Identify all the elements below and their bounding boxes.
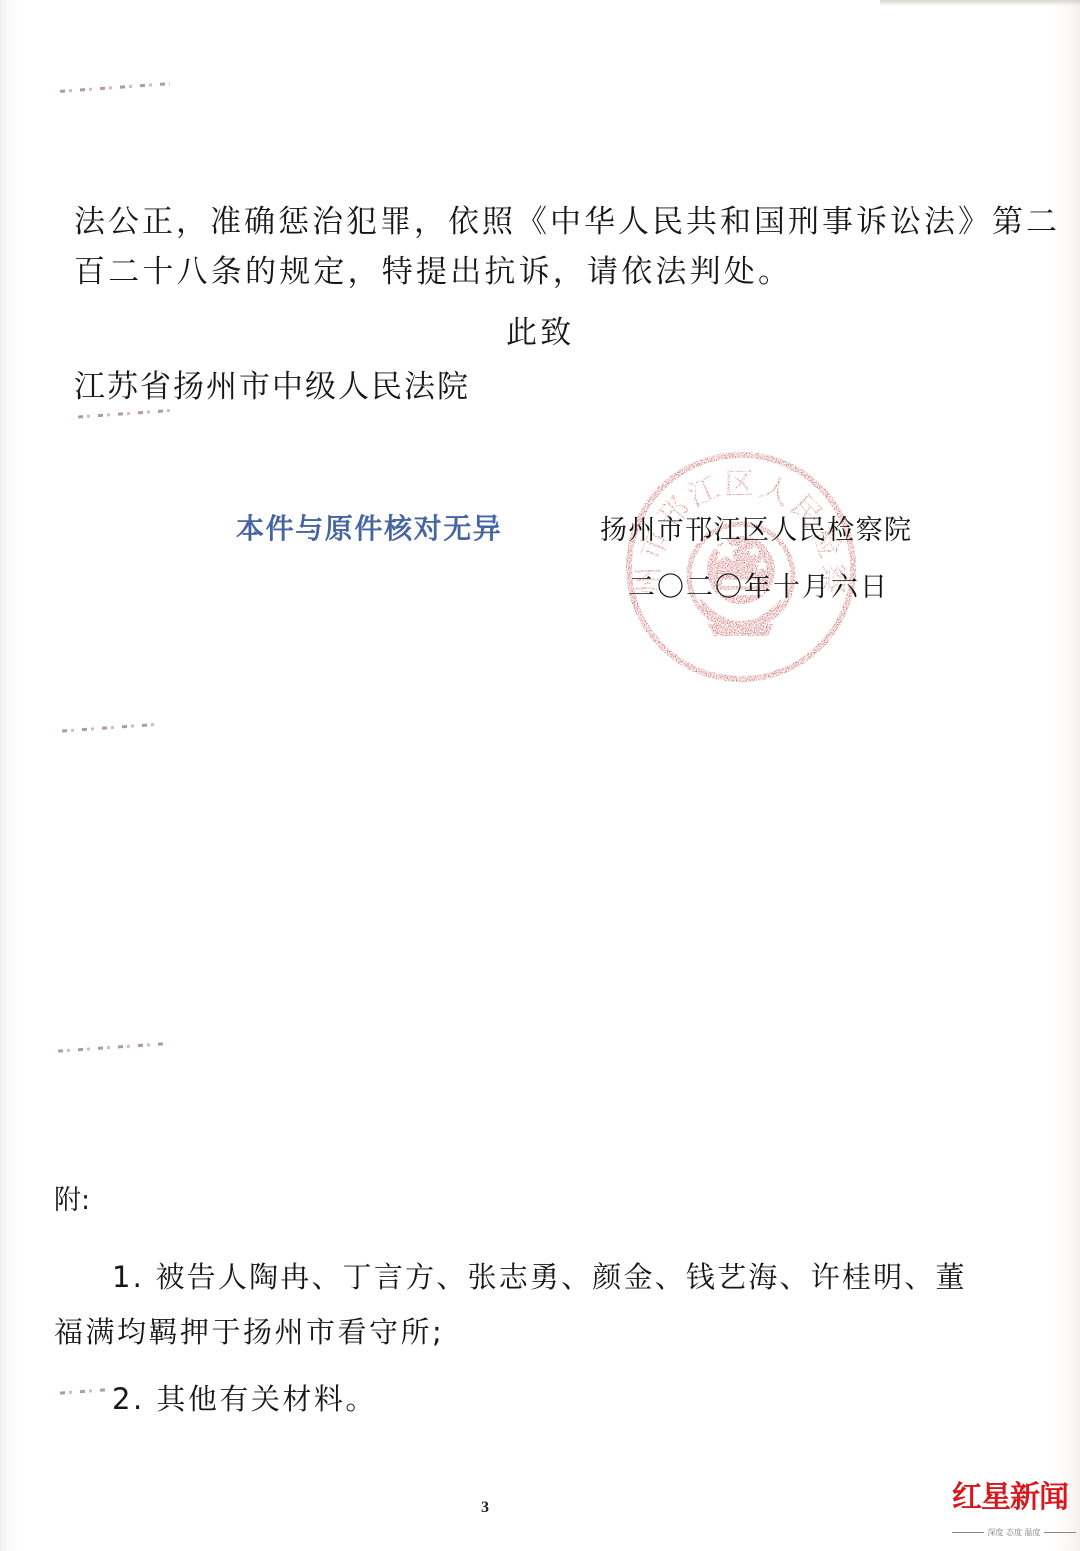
document-page: 法公正，准确惩治犯罪，依照《中华人民共和国刑事诉讼法》第二 百二十八条的规定，特… [0, 0, 1080, 1551]
news-watermark-logo: 红星新闻 深度 态度 温度 [952, 1483, 1076, 1543]
recipient-court: 江苏省扬州市中级人民法院 [74, 372, 470, 403]
salutation: 此致 [506, 318, 574, 349]
divider [1044, 1532, 1076, 1533]
divider [952, 1532, 984, 1533]
punch-mark [60, 82, 170, 93]
issuing-authority: 扬州市邗江区人民检察院 [600, 508, 912, 547]
attachment-item: 1. 被告人陶冉、丁言方、张志勇、颜金、钱艺海、许桂明、董 [112, 1255, 967, 1296]
issue-date: 二〇二〇年十月六日 [628, 565, 889, 604]
page-edge-shadow [880, 0, 1080, 6]
punch-mark [60, 1388, 105, 1394]
attachment-item-continued: 福满均羁押于扬州市看守所; [54, 1310, 444, 1351]
punch-mark [78, 409, 178, 419]
attachment-item: 2. 其他有关材料。 [112, 1377, 377, 1418]
brand-tagline: 深度 态度 温度 [987, 1527, 1040, 1538]
attachments-label: 附: [54, 1178, 90, 1217]
body-text-line: 百二十八条的规定，特提出抗诉，请依法判处。 [74, 257, 792, 288]
punch-mark [58, 1042, 163, 1052]
certification-stamp: 本件与原件核对无异 [236, 507, 502, 547]
body-text-line: 法公正，准确惩治犯罪，依照《中华人民共和国刑事诉讼法》第二 [74, 207, 1060, 238]
page-number: 3 [481, 1499, 489, 1517]
brand-name: 红星新闻 [952, 1483, 1068, 1513]
brand-tagline-row: 深度 态度 温度 [952, 1527, 1076, 1538]
punch-mark [62, 723, 162, 733]
